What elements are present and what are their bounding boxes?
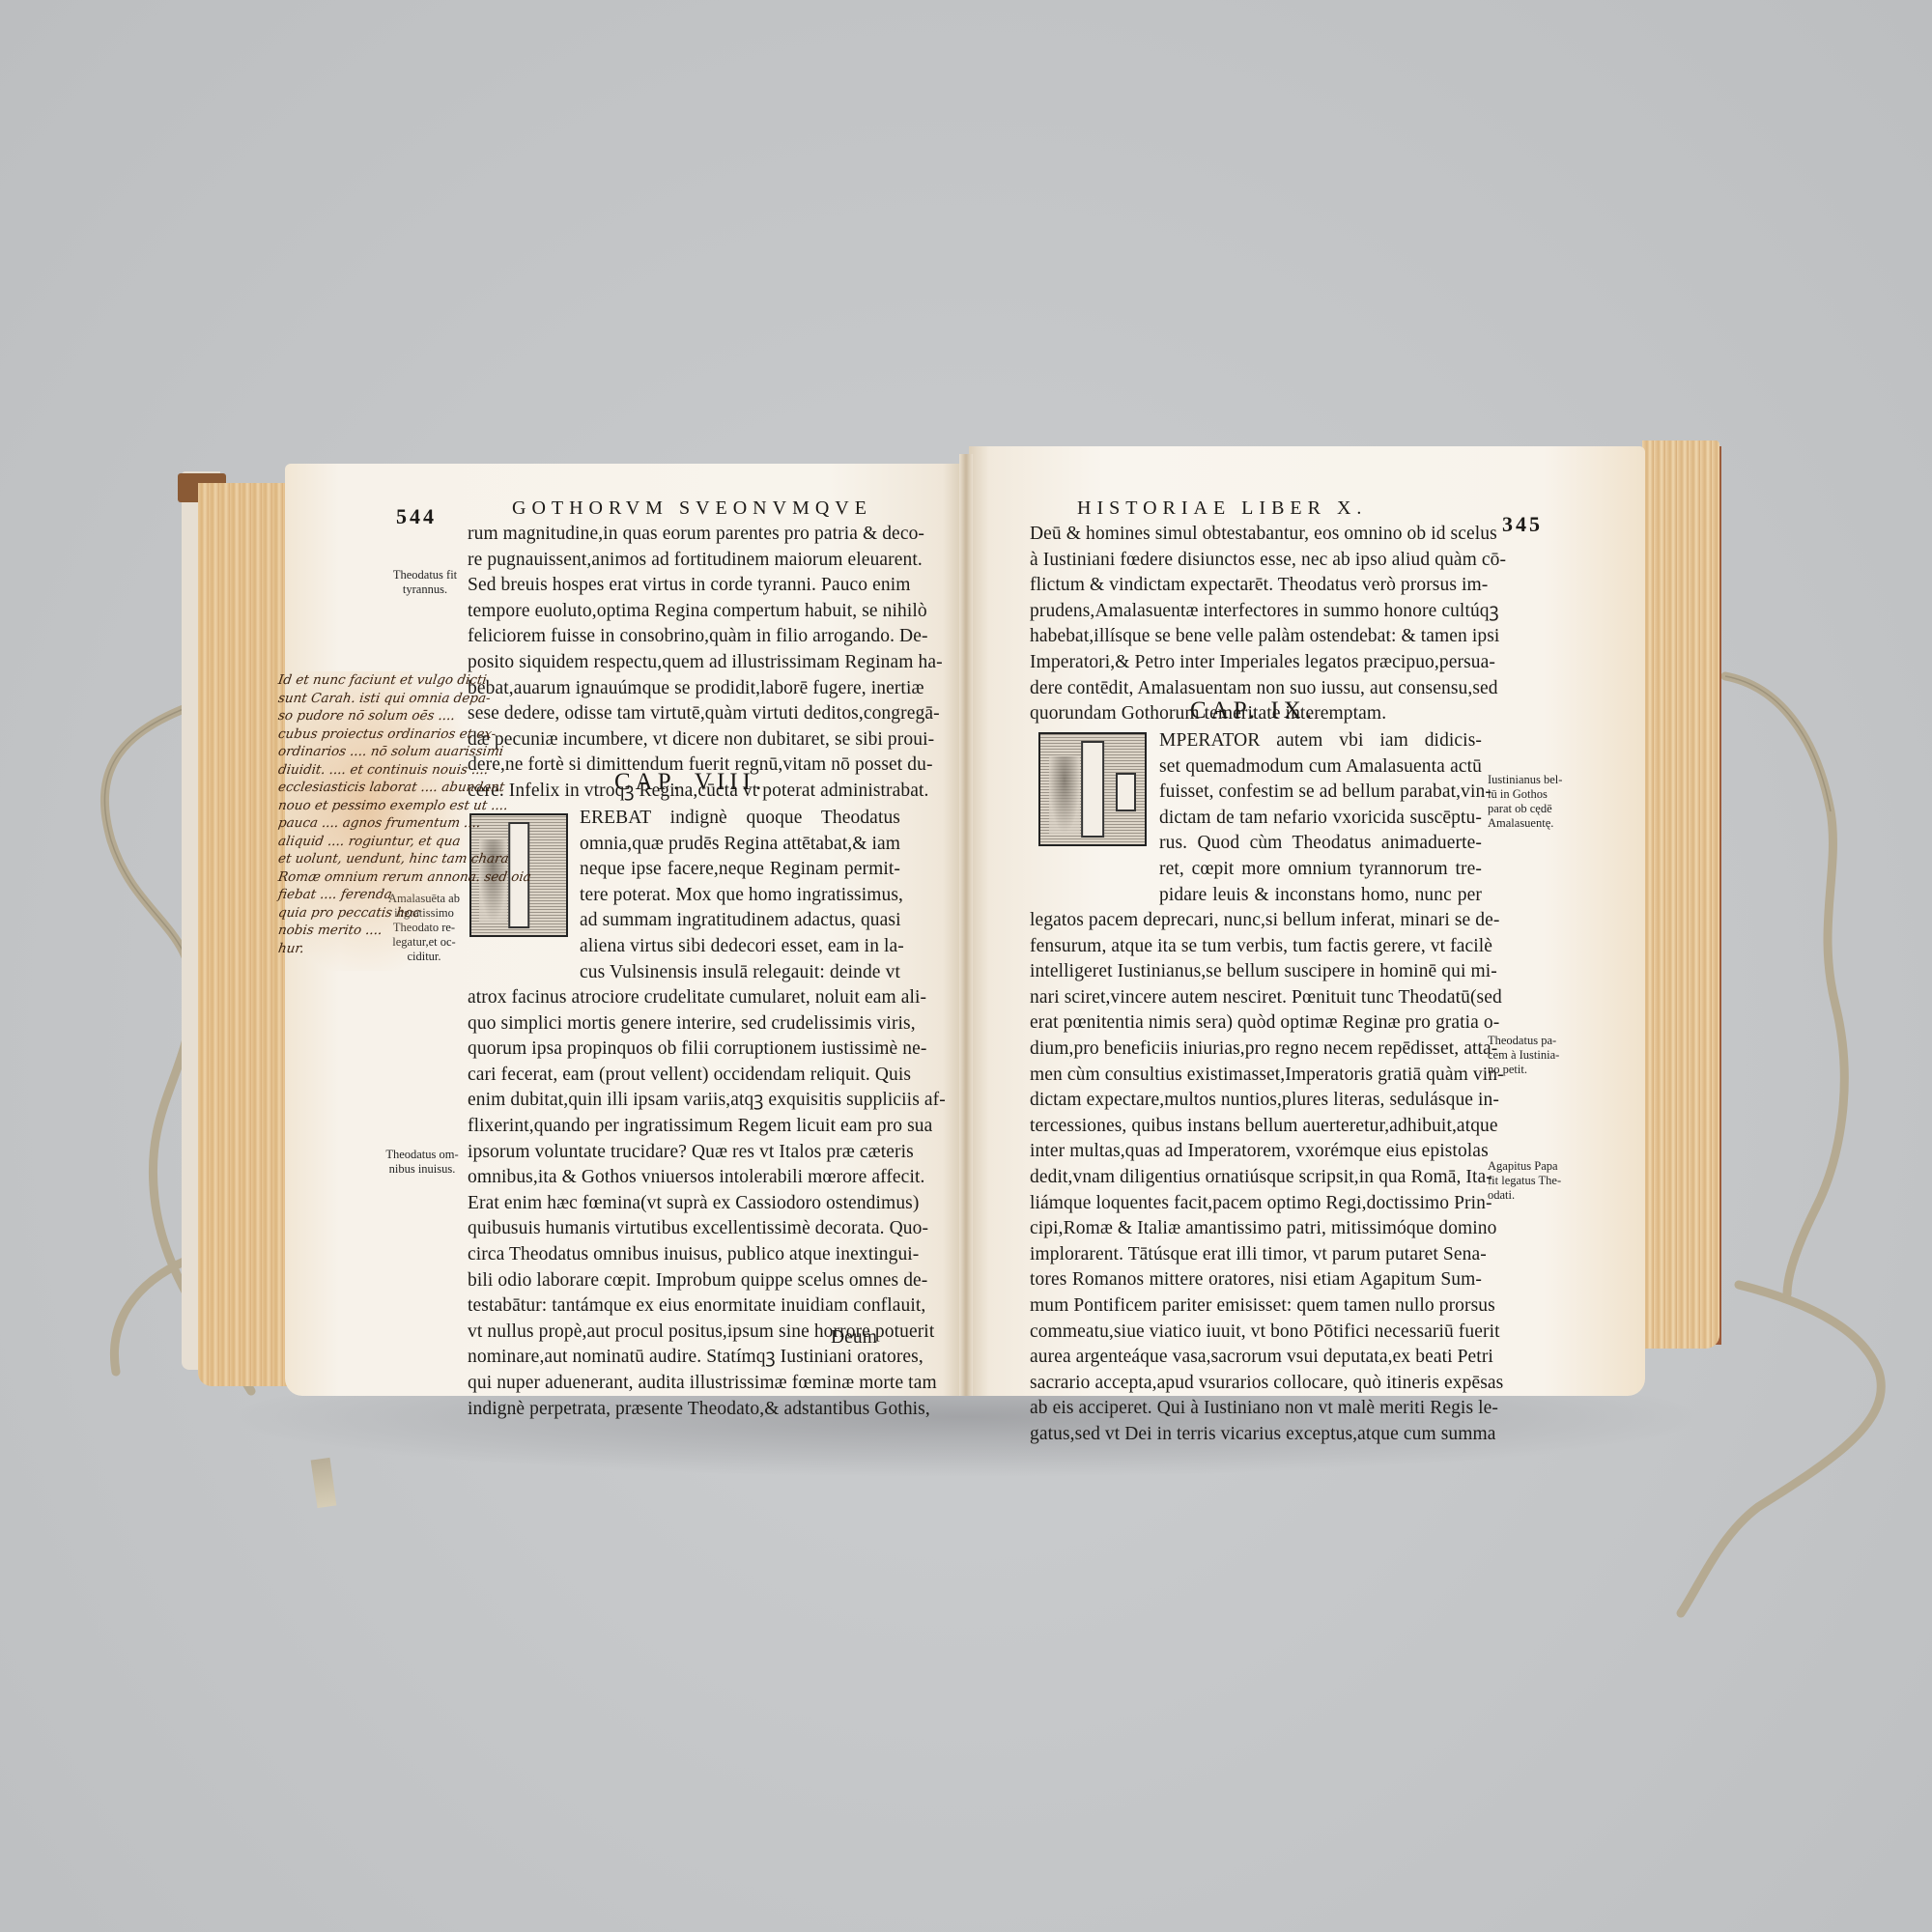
left-running-head: GOTHORVM SVEONVMQVE xyxy=(512,497,872,520)
text-line: nari sciret,vincere autem nesciret. Pœni… xyxy=(1030,985,1482,1011)
handwriting-line: fiebat .... ferenda xyxy=(277,886,473,904)
text-line: Deū & homines simul obtestabantur, eos o… xyxy=(1030,522,1482,548)
handwriting-line: et uolunt, uendunt, hinc tam chara xyxy=(277,850,473,868)
text-line: dictam expectare,multos nuntios,plures l… xyxy=(1030,1088,1482,1114)
text-line: MPERATOR autem vbi iam didicis- xyxy=(1159,728,1482,754)
note-line: nibus inuisus. xyxy=(381,1162,464,1177)
text-line: dictam de tam nefario vxoricida suscēptu… xyxy=(1159,806,1482,832)
note-line: Agapitus Papa xyxy=(1488,1159,1575,1174)
handwriting-line: nouo et pessimo exemplo est ut .... xyxy=(277,797,473,815)
text-line: aurea argenteáque vasa,sacrorum vsui dep… xyxy=(1030,1345,1482,1371)
text-line: dæ pecuniæ incumbere, vt dicere non dubi… xyxy=(468,727,900,753)
left-paragraph-1: rum magnitudine,in quas eorum parentes p… xyxy=(468,522,900,805)
text-line: set quemadmodum cum Amalasuenta actū xyxy=(1159,754,1482,781)
text-line: re pugnauissent,animos ad fortitudinem m… xyxy=(468,548,900,574)
text-line: fuisset, confestim se ad bellum parabat,… xyxy=(1159,780,1482,806)
text-line: cipi,Romæ & Italiæ amantissimo patri, mi… xyxy=(1030,1216,1482,1242)
right-paragraph-2-indented: MPERATOR autem vbi iam didicis- set quem… xyxy=(1159,728,1482,908)
text-line: intelligeret Iustinianus,se bellum susci… xyxy=(1030,959,1482,985)
note-line: tyrannus. xyxy=(381,582,469,597)
handwriting-line: nobis merito .... xyxy=(277,922,473,940)
text-line: rum magnitudine,in quas eorum parentes p… xyxy=(468,522,900,548)
text-line: tores Romanos mittere oratores, nisi eti… xyxy=(1030,1267,1482,1293)
text-line: bebat,auarum ignauúmque se prodidit,labo… xyxy=(468,676,900,702)
note-line: cem à Iustinia- xyxy=(1488,1048,1575,1063)
right-paragraph-2: legatos pacem deprecari, nunc,si bellum … xyxy=(1030,908,1482,1447)
handwriting-line: Id et nunc faciunt et vulgo dicti xyxy=(277,671,473,690)
left-paragraph-2-indented: EREBAT indignè quoque Theodatus omnia,qu… xyxy=(580,806,900,985)
handwriting-line: cubus proiectus ordinarios et ex- xyxy=(277,725,473,744)
text-line: Sed breuis hospes erat virtus in corde t… xyxy=(468,573,900,599)
right-page-block-edge xyxy=(1642,440,1719,1349)
text-line: ret, cœpit more omnium tyrannorum tre- xyxy=(1159,857,1482,883)
text-line: circa Theodatus omnibus inuisus, publico… xyxy=(468,1242,900,1268)
handwriting-line: diuidit. .... et continuis nouis .... xyxy=(277,761,473,780)
text-line: indignè perpetrata, præsente Theodato,& … xyxy=(468,1397,900,1423)
text-line: EREBAT indignè quoque Theodatus xyxy=(580,806,900,832)
left-page-number: 544 xyxy=(396,504,437,529)
text-line: Erat enim hæc fœmina(vt suprà ex Cassiod… xyxy=(468,1191,900,1217)
handwriting-line: quia pro peccatis hoc xyxy=(277,904,473,923)
text-line: à Iustiniani fœdere disiunctos esse, nec… xyxy=(1030,548,1482,574)
text-line: neque ipse facere,neque Reginam permit- xyxy=(580,857,900,883)
text-line: enim dubitat,quin illi ipsam variis,atqꝫ… xyxy=(468,1088,900,1114)
note-line: Theodatus pa- xyxy=(1488,1034,1575,1048)
text-line: gatus,sed vt Dei in terris vicarius exce… xyxy=(1030,1422,1482,1448)
note-line: lū in Gothos xyxy=(1488,787,1575,802)
right-page-number: 345 xyxy=(1502,512,1543,537)
handwriting-line: so pudore nō solum oēs .... xyxy=(277,707,473,725)
handwriting-line: aliquid .... rogiuntur, et qua xyxy=(277,833,473,851)
text-line: tere poterat. Mox que homo ingratissimus… xyxy=(580,883,900,909)
text-line: testabātur: tantámque ex eius enormitate… xyxy=(468,1293,900,1320)
woodcut-initial-i xyxy=(1038,732,1147,846)
text-line: tercessiones, quibus instans bellum auer… xyxy=(1030,1114,1482,1140)
text-line: feliciorem fuisse in consobrino,quàm in … xyxy=(468,624,900,650)
text-line: men cùm consultius existimasset,Imperato… xyxy=(1030,1063,1482,1089)
text-line: sacrario accepta,apud vsurarios collocar… xyxy=(1030,1371,1482,1397)
text-line: dedit,vnam diligentius ornatiúsque scrip… xyxy=(1030,1165,1482,1191)
text-line: inter multas,quas ad Imperatorem, vxorém… xyxy=(1030,1139,1482,1165)
note-line: Theodatus fit xyxy=(381,568,469,582)
note-line: fit legatus The- xyxy=(1488,1174,1575,1188)
text-line: pidare leuis & inconstans homo, nunc per xyxy=(1159,883,1482,909)
left-catchword: Deum xyxy=(831,1325,877,1351)
text-line: implorarent. Tātúsque erat illi timor, v… xyxy=(1030,1242,1482,1268)
text-line: ipsorum voluntate trucidare? Quæ res vt … xyxy=(468,1140,900,1166)
text-line: omnia,quæ prudēs Regina attētabat,& iam xyxy=(580,832,900,858)
text-line: Imperatori,& Petro inter Imperiales lega… xyxy=(1030,650,1482,676)
text-line: erat pœnitentia nimis sera) quòd optimæ … xyxy=(1030,1010,1482,1037)
right-running-head: HISTORIAE LIBER X. xyxy=(1077,497,1367,520)
woodcut-figure xyxy=(1049,756,1080,834)
text-line: dium,pro beneficiis iniurias,pro regno n… xyxy=(1030,1037,1482,1063)
marginal-note-theodatus-inuisus: Theodatus om- nibus inuisus. xyxy=(381,1148,464,1177)
text-line: cus Vulsinensis insulā relegauit: deinde… xyxy=(580,960,900,986)
marginal-note-theodatus-pacem: Theodatus pa- cem à Iustinia- no petit. xyxy=(1488,1034,1575,1077)
handwriting-line: ordinarios .... nō solum auarissimi xyxy=(277,743,473,761)
text-line: sese dedere, odisse tam virtutē,quàm vir… xyxy=(468,701,900,727)
text-line: quibusuis humanis virtutibus excellentis… xyxy=(468,1216,900,1242)
left-paragraph-2: atrox facinus atrociore crudelitate cumu… xyxy=(468,985,900,1422)
text-line: commeatu,siue viatico iuuit, vt bono Pōt… xyxy=(1030,1320,1482,1346)
right-paragraph-1: Deū & homines simul obtestabantur, eos o… xyxy=(1030,522,1482,727)
text-line: tempore euoluto,optima Regina compertum … xyxy=(468,599,900,625)
text-line: omnibus,ita & Gothos vniuersos intolerab… xyxy=(468,1165,900,1191)
text-line: flictum & vindictam expectarēt. Theodatu… xyxy=(1030,573,1482,599)
initial-letter-i xyxy=(1081,741,1104,838)
text-line: rus. Quod cùm Theodatus animaduerte- xyxy=(1159,831,1482,857)
text-line: habebat,illísque se bene velle palàm ost… xyxy=(1030,624,1482,650)
chapter-heading-ix: CAP. IX. xyxy=(1190,697,1317,724)
marginal-note-iustinianus-bellum: Iustinianus bel- lū in Gothos parat ob c… xyxy=(1488,773,1575,831)
text-line: cari fecerat, eam (prout vellent) occide… xyxy=(468,1063,900,1089)
note-line: Iustinianus bel- xyxy=(1488,773,1575,787)
text-line: quorum ipsa propinquos ob filii corrupti… xyxy=(468,1037,900,1063)
text-line: bili odio laborare cœpit. Improbum quipp… xyxy=(468,1268,900,1294)
text-line: mum Pontificem pariter emisisset: quem t… xyxy=(1030,1293,1482,1320)
text-line: prudens,Amalasuentæ interfectores in sum… xyxy=(1030,599,1482,625)
text-line: qui nuper aduenerant, audita illustrissi… xyxy=(468,1371,900,1397)
text-line: atrox facinus atrociore crudelitate cumu… xyxy=(468,985,900,1011)
handwriting-line: pauca .... agnos frumentum .... xyxy=(277,814,473,833)
handwritten-annotation: Id et nunc faciunt et vulgo dicti sunt C… xyxy=(278,671,471,971)
book-gutter xyxy=(959,454,973,1396)
text-line: ad summam ingratitudinem adactus, quasi xyxy=(580,908,900,934)
handwriting-line: hur. xyxy=(277,940,473,958)
note-line: odati. xyxy=(1488,1188,1575,1203)
left-page-block-edge xyxy=(198,483,290,1386)
note-line: no petit. xyxy=(1488,1063,1575,1077)
handwriting-line: ecclesiasticis laborat .... abundant xyxy=(277,779,473,797)
marginal-note-agapitus: Agapitus Papa fit legatus The- odati. xyxy=(1488,1159,1575,1203)
text-line: ab eis acciperet. Qui à Iustiniano non v… xyxy=(1030,1396,1482,1422)
chapter-heading-viii: CAP. VIII. xyxy=(614,769,766,796)
text-line: posito siquidem respectu,quem ad illustr… xyxy=(468,650,900,676)
note-line: Amalasuentę. xyxy=(1488,816,1575,831)
note-line: Theodatus om- xyxy=(381,1148,464,1162)
text-line: aliena virtus sibi dedecori esset, eam i… xyxy=(580,934,900,960)
marginal-note-theodatus-tyrannus: Theodatus fit tyrannus. xyxy=(381,568,469,597)
text-line: legatos pacem deprecari, nunc,si bellum … xyxy=(1030,908,1482,934)
text-line: flixerint,quando per ingratissimum Regem… xyxy=(468,1114,900,1140)
handwriting-line: sunt Carah. isti qui omnia depa- xyxy=(277,690,473,708)
text-line: fensurum, atque ita se tum verbis, tum f… xyxy=(1030,934,1482,960)
text-line: quo simplici mortis genere interire, sed… xyxy=(468,1011,900,1037)
handwriting-line: Romæ omnium rerum annona. sed oia xyxy=(277,868,473,887)
note-line: parat ob cędē xyxy=(1488,802,1575,816)
woodcut-tower xyxy=(1116,773,1137,811)
text-line: liámque loquentes facit,pacem optimo Reg… xyxy=(1030,1191,1482,1217)
